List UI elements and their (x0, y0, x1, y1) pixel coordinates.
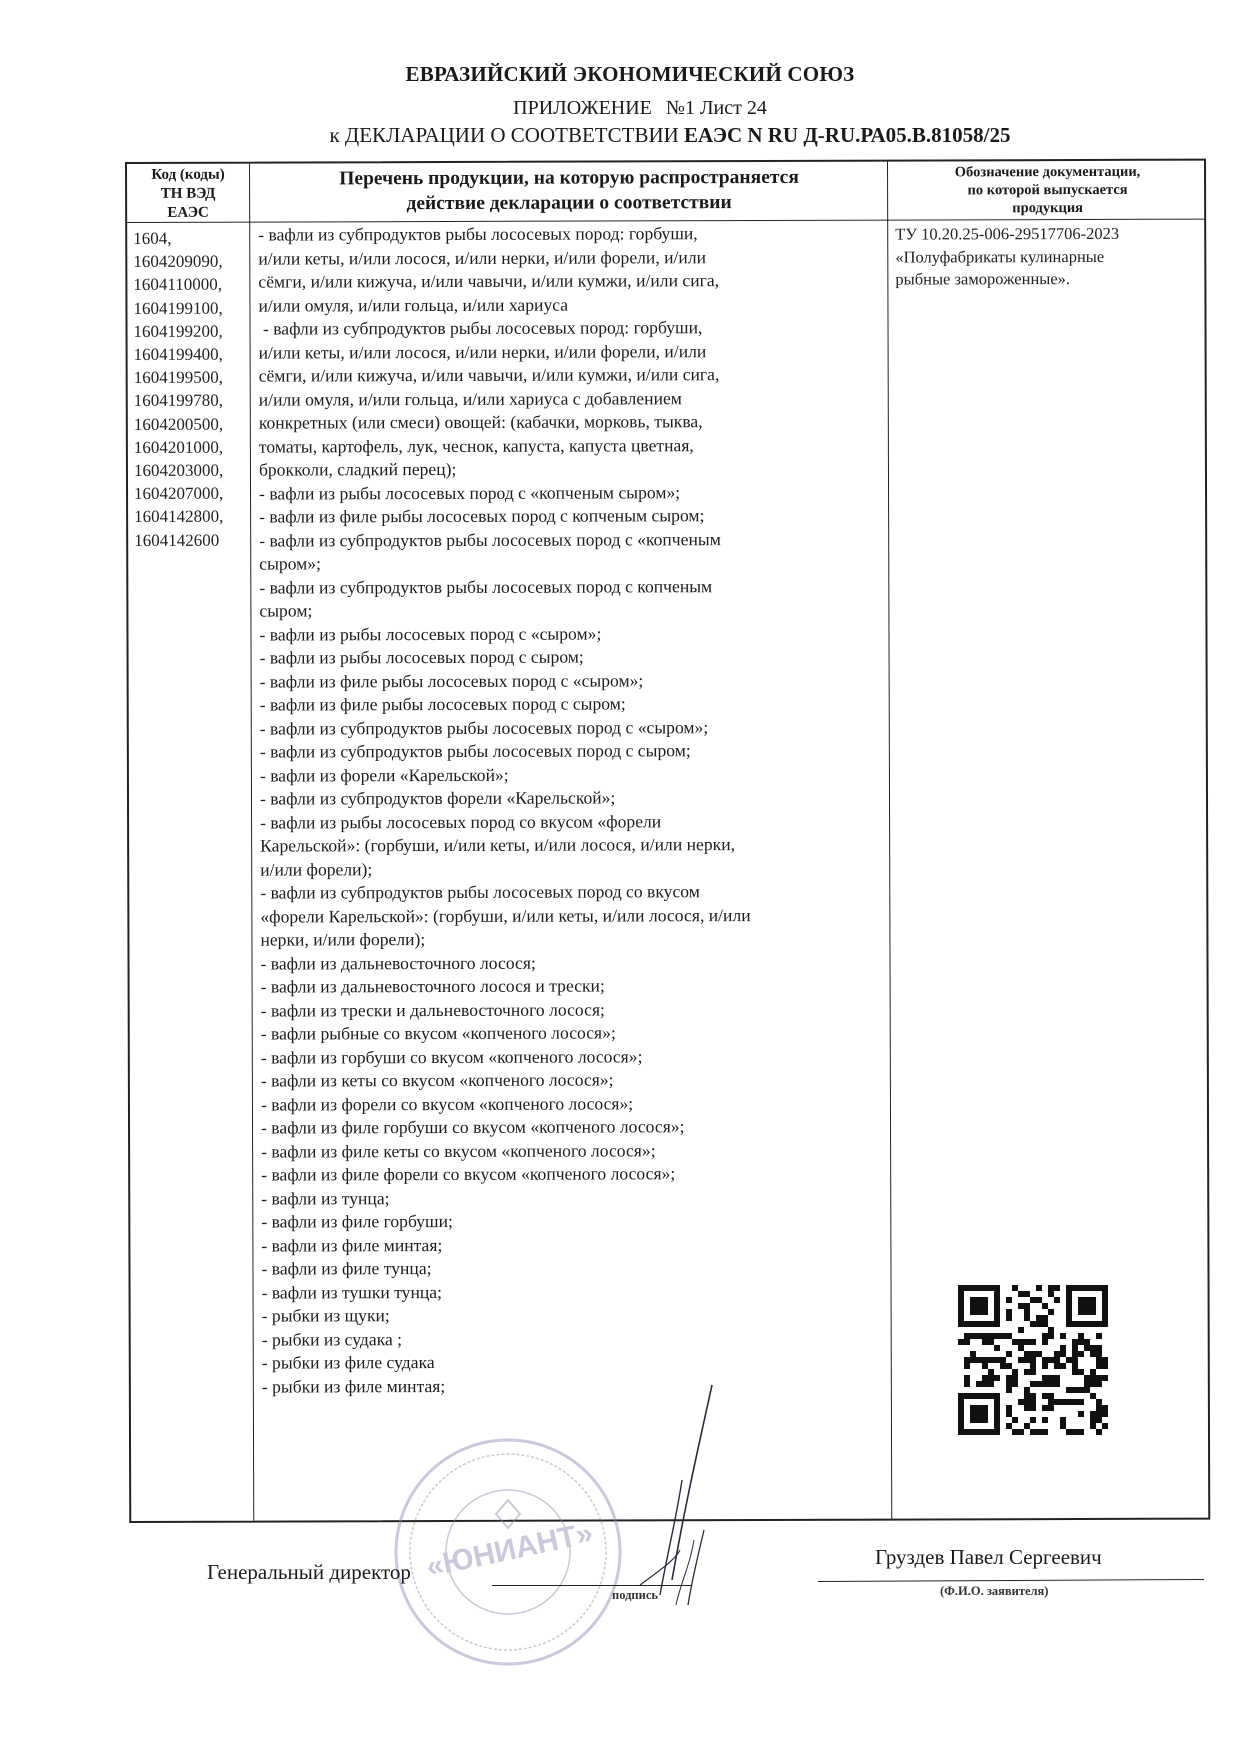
text-line: 1604200500, (134, 412, 223, 435)
text-line: - вафли из субпродуктов форели «Карельск… (260, 786, 888, 811)
text-line: Код (коды) (127, 166, 249, 185)
text-line: - вафли из рыбы лососевых пород с «копче… (259, 480, 887, 505)
declaration-title: к ДЕКЛАРАЦИИ О СООТВЕТСТВИИ ЕАЭС N RU Д-… (0, 123, 1240, 148)
text-line: - вафли из филе горбуши со вкусом «копче… (261, 1115, 889, 1140)
text-line: - вафли из филе горбуши; (261, 1209, 889, 1234)
text-line: - рыбки из щуки; (262, 1303, 890, 1328)
text-line: - вафли из рыбы лососевых пород с «сыром… (259, 621, 887, 646)
hs-codes-cell: 1604,1604209090,1604110000,1604199100,16… (133, 227, 223, 552)
union-title: ЕВРАЗИЙСКИЙ ЭКОНОМИЧЕСКИЙ СОЮЗ (0, 62, 1240, 87)
text-line: сыром; (259, 598, 887, 623)
text-line: Карельской»: (горбуши, и/или кеты, и/или… (260, 833, 888, 858)
text-line: брокколи, сладкий перец); (259, 457, 887, 482)
text-line: - вафли из тунца; (261, 1185, 889, 1210)
signer-name: Груздев Павел Сергеевич (875, 1545, 1102, 1570)
text-line: по которой выпускается (889, 181, 1206, 200)
text-line: - рыбки из судака ; (262, 1326, 890, 1351)
text-line: «форели Карельской»: (горбуши, и/или кет… (260, 903, 888, 928)
documentation-cell: ТУ 10.20.25-006-29517706-2023«Полуфабрик… (895, 223, 1200, 291)
text-line: 1604199400, (134, 343, 223, 366)
text-line: 1604209090, (133, 250, 222, 273)
products-cell: - вафли из субпродуктов рыбы лососевых п… (258, 222, 890, 1399)
text-line: - вафли из трески и дальневосточного лос… (261, 997, 889, 1022)
text-line: Обозначение документации, (889, 163, 1206, 182)
text-line: - вафли из филе форели со вкусом «копчен… (261, 1162, 889, 1187)
text-line: рыбные замороженные». (895, 268, 1200, 291)
text-line: сёмги, и/или кижуча, и/или чавычи, и/или… (258, 269, 886, 294)
name-caption: (Ф.И.О. заявителя) (940, 1584, 1048, 1599)
signature-caption: подпись (612, 1588, 658, 1603)
text-line: ТУ 10.20.25-006-29517706-2023 (895, 223, 1200, 246)
text-line: - вафли из рыбы лососевых пород со вкусо… (260, 809, 888, 834)
text-line: «Полуфабрикаты кулинарные (895, 245, 1200, 268)
text-line: - вафли из тушки тунца; (262, 1279, 890, 1304)
text-line: - вафли из филе тунца; (261, 1256, 889, 1281)
column-header-documentation: Обозначение документации,по которой выпу… (889, 163, 1206, 218)
text-line: - вафли из филе рыбы лососевых пород с с… (260, 692, 888, 717)
text-line: 1604199500, (134, 366, 223, 389)
text-line: сёмги, и/или кижуча, и/или чавычи, и/или… (259, 363, 887, 388)
text-line: 1604142800, (134, 505, 223, 528)
text-line: - вафли из филе минтая; (261, 1232, 889, 1257)
text-line: - вафли из дальневосточного лосося и тре… (261, 974, 889, 999)
text-line: - вафли из субпродуктов рыбы лососевых п… (258, 222, 886, 247)
text-line: - вафли из субпродуктов рыбы лососевых п… (258, 316, 886, 341)
text-line: 1604110000, (133, 273, 222, 296)
text-line: - вафли из рыбы лососевых пород с сыром; (260, 645, 888, 670)
appendix-number: №1 Лист 24 (666, 97, 767, 119)
text-line: - рыбки из филе судака (262, 1350, 890, 1375)
text-line: 1604142600 (134, 528, 223, 551)
declaration-number: ЕАЭС N RU Д-RU.РА05.В.81058/25 (684, 123, 1010, 147)
text-line: ЕАЭС (127, 204, 249, 223)
text-line: - вафли из филе кеты со вкусом «копченог… (261, 1138, 889, 1163)
text-line: Перечень продукции, на которую распростр… (251, 165, 887, 192)
text-line: - вафли из субпродуктов рыбы лососевых п… (259, 527, 887, 552)
text-line: - вафли рыбные со вкусом «копченого лосо… (261, 1021, 889, 1046)
text-line: 1604, (133, 227, 222, 250)
signature-line (492, 1585, 692, 1586)
handwritten-signature (620, 1380, 730, 1610)
text-line: - вафли из дальневосточного лосося; (260, 950, 888, 975)
text-line: 1604203000, (134, 459, 223, 482)
text-line: 1604199100, (133, 296, 222, 319)
text-line: нерки, и/или форели); (260, 927, 888, 952)
column-header-codes: Код (коды)ТН ВЭДЕАЭС (127, 166, 249, 223)
text-line: - вафли из горбуши со вкусом «копченого … (261, 1044, 889, 1069)
text-line: сыром»; (259, 551, 887, 576)
text-line: - вафли из филе рыбы лососевых пород с «… (260, 668, 888, 693)
text-line: - вафли из субпродуктов рыбы лососевых п… (260, 715, 888, 740)
qr-code-icon (958, 1285, 1108, 1435)
text-line: - вафли из форели «Карельской»; (260, 762, 888, 787)
text-line: - вафли из филе рыбы лососевых пород с к… (259, 504, 887, 529)
signer-role: Генеральный директор (207, 1560, 411, 1585)
text-line: и/или омуля, и/или гольца, и/или хариуса (258, 292, 886, 317)
text-line: - рыбки из филе минтая; (262, 1373, 890, 1398)
text-line: и/или омуля, и/или гольца, и/или хариуса… (259, 386, 887, 411)
text-line: - вафли из кеты со вкусом «копченого лос… (261, 1068, 889, 1093)
text-line: томаты, картофель, лук, чеснок, капуста,… (259, 433, 887, 458)
appendix-title: ПРИЛОЖЕНИЕ№1 Лист 24 (0, 97, 1240, 120)
text-line: - вафли из субпродуктов рыбы лососевых п… (260, 739, 888, 764)
declaration-prefix: к ДЕКЛАРАЦИИ О СООТВЕТСТВИИ (329, 123, 684, 147)
text-line: 1604199200, (133, 320, 222, 343)
text-line: продукция (889, 199, 1206, 218)
text-line: 1604199780, (134, 389, 223, 412)
text-line: - вафли из субпродуктов рыбы лососевых п… (260, 880, 888, 905)
text-line: и/или форели); (260, 856, 888, 881)
column-divider (249, 164, 254, 1521)
text-line: и/или кеты, и/или лосося, и/или нерки, и… (258, 245, 886, 270)
appendix-label: ПРИЛОЖЕНИЕ (513, 97, 652, 119)
text-line: - вафли из форели со вкусом «копченого л… (261, 1091, 889, 1116)
text-line: - вафли из субпродуктов рыбы лососевых п… (259, 574, 887, 599)
name-line (818, 1579, 1204, 1582)
text-line: 1604207000, (134, 482, 223, 505)
text-line: конкретных (или смеси) овощей: (кабачки,… (259, 410, 887, 435)
text-line: 1604201000, (134, 436, 223, 459)
text-line: действие декларации о соответствии (251, 190, 887, 217)
text-line: ТН ВЭД (127, 185, 249, 204)
company-stamp: «ЮНИАНТ» (388, 1432, 628, 1672)
text-line: и/или кеты, и/или лосося, и/или нерки, и… (259, 339, 887, 364)
column-header-products: Перечень продукции, на которую распростр… (251, 165, 887, 217)
